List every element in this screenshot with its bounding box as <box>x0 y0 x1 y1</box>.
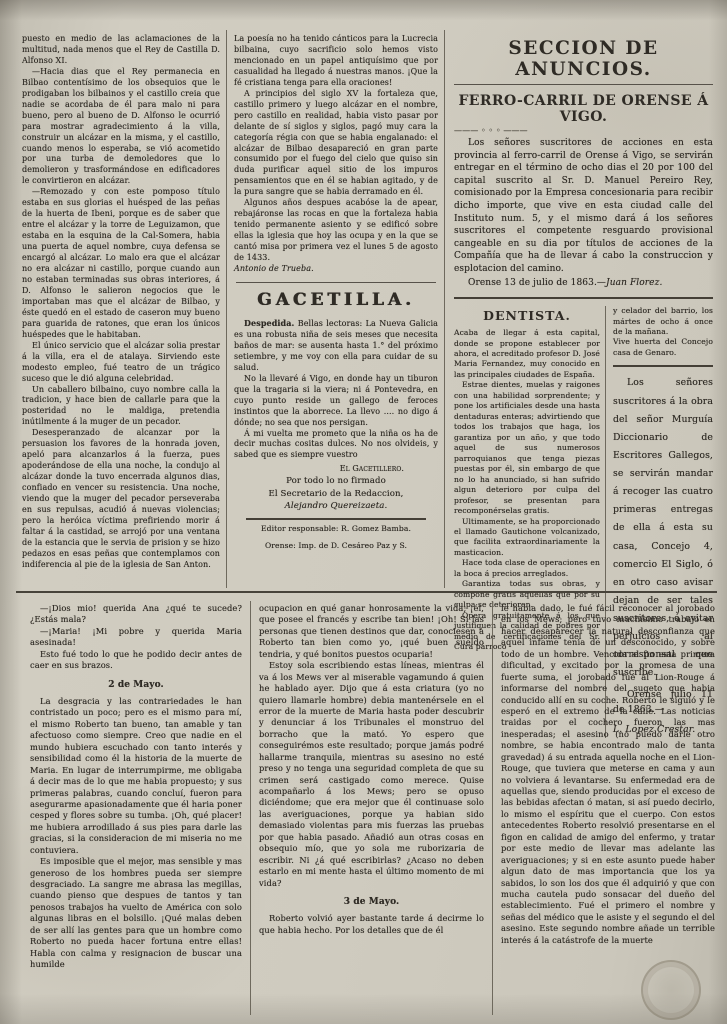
secretary-signature: Alejandro Quereizaeta. <box>234 500 438 512</box>
diary-date-header: 3 de Mayo. <box>259 896 484 908</box>
paragraph: Roberto volvió ayer bastante tarde á dec… <box>259 913 484 936</box>
unsigned-note-line: Por todo lo no firmado <box>234 475 438 487</box>
section-separator-rule <box>16 591 717 593</box>
anuncios-section-title: SECCION DE ANUNCIOS. <box>454 38 713 80</box>
newspaper-page: puesto en medio de las aclamaciones de l… <box>0 0 727 1024</box>
paragraph: y celador del barrio, los mártes de ocho… <box>613 306 713 337</box>
editor-line: Editor responsable: R. Gomez Bamba. <box>234 524 438 534</box>
paragraph: Es imposible que el mejor, mas sensible … <box>30 856 242 970</box>
ferrocarril-ad-title: FERRO-CARRIL DE ORENSE Á VIGO. <box>454 93 713 125</box>
divider <box>454 84 713 85</box>
paragraph: Estrae dientes, muelas y raigones con un… <box>454 380 600 516</box>
dentista-title: DENTISTA. <box>454 308 600 323</box>
ferrocarril-ad-body: Los señores suscritores de acciones en e… <box>454 137 713 290</box>
article-column-2: La poesía no ha tenido cánticos para la … <box>227 30 444 588</box>
paragraph: A principios del siglo XV la fortaleza q… <box>234 89 438 199</box>
folletin-column-2: ocupacion en qué ganar honrosamente la v… <box>251 601 492 1015</box>
folletin-section: —¡Dios mio! querida Ana ¿qué te sucede? … <box>28 601 717 1015</box>
paragraph: Los señores suscritores de acciones en e… <box>454 137 713 276</box>
divider <box>613 365 713 367</box>
gacetilla-paragraph: Despedida. Bellas lectoras: La Nueva Gal… <box>234 318 438 374</box>
divider <box>246 518 426 520</box>
paragraph: La desgracia y las contrariedades le han… <box>30 696 242 856</box>
paragraph: Esto fué todo lo que he podido decir ant… <box>30 649 242 672</box>
paragraph: Hace toda clase de operaciones en la boc… <box>454 558 600 579</box>
paragraph: Ultimamente, se ha proporcionado el llam… <box>454 517 600 559</box>
paragraph: —¡Dios mio! querida Ana ¿qué te sucede? … <box>30 603 242 626</box>
dateline-text: Orense 13 de julio de 1863.— <box>468 278 606 288</box>
paragraph: La poesía no ha tenido cánticos para la … <box>234 34 438 89</box>
divider <box>236 282 436 283</box>
paragraph: le habia dado, le fué fácil reconocer al… <box>501 603 715 946</box>
paragraph: El único servicio que el alcázar solia p… <box>22 341 220 385</box>
diary-date-header: 2 de Mayo. <box>30 679 242 691</box>
author-signature: Antonio de Trueba. <box>234 264 438 275</box>
divider <box>454 297 713 299</box>
paragraph: ocupacion en qué ganar honrosamente la v… <box>259 603 484 660</box>
gacetilla-lead-word: Despedida. <box>244 318 294 328</box>
folletin-column-1: —¡Dios mio! querida Ana ¿qué te sucede? … <box>28 601 250 1015</box>
library-stamp <box>641 960 701 1020</box>
unsigned-note-line: El Secretario de la Redaccion, <box>234 488 438 500</box>
gacetillero-signoff: El Gacetillero. <box>234 464 438 475</box>
article-column-1: puesto en medio de las aclamaciones de l… <box>20 30 226 588</box>
paragraph: puesto en medio de las aclamaciones de l… <box>22 34 220 67</box>
top-section: puesto en medio de las aclamaciones de l… <box>20 30 715 588</box>
dentista-continuation: y celador del barrio, los mártes de ocho… <box>613 306 713 358</box>
paragraph: —Hacia dias que el Rey permanecia en Bil… <box>22 67 220 187</box>
gacetilla-paragraph: Á mi vuelta me prometo que la niña os ha… <box>234 429 438 462</box>
ad-signature: Juan Florez. <box>606 278 662 288</box>
paragraph: Estoy sola escribiendo estas líneas, mie… <box>259 660 484 889</box>
ornament-divider: ——— ◦ ◦ ◦ ——— <box>454 126 713 137</box>
paragraph: Vive huerta del Concejo casa de Genaro. <box>613 337 713 358</box>
paragraph: Desesperanzado de alcanzar por la persua… <box>22 428 220 570</box>
paragraph: Algunos años despues acabóse la de apear… <box>234 198 438 264</box>
paragraph: —Remozado y con este pomposo título esta… <box>22 187 220 340</box>
folletin-column-3: le habia dado, le fué fácil reconocer al… <box>493 601 717 1015</box>
ad-dateline: Orense 13 de julio de 1863.—Juan Florez. <box>454 277 713 290</box>
paragraph: Acaba de llegar á esta capital, donde se… <box>454 328 600 380</box>
paragraph: —¡Maria! ¡Mi pobre y querida Maria asesi… <box>30 626 242 649</box>
anuncios-section: SECCION DE ANUNCIOS. FERRO-CARRIL DE ORE… <box>445 30 715 588</box>
paragraph: Un caballero bilbaino, cuyo nombre calla… <box>22 385 220 429</box>
imprint-line: Orense: Imp. de D. Cesáreo Paz y S. <box>234 541 438 551</box>
gacetilla-title: GACETILLA. <box>234 290 438 310</box>
gacetilla-paragraph: No la llevaré á Vigo, en donde hay un ti… <box>234 374 438 429</box>
